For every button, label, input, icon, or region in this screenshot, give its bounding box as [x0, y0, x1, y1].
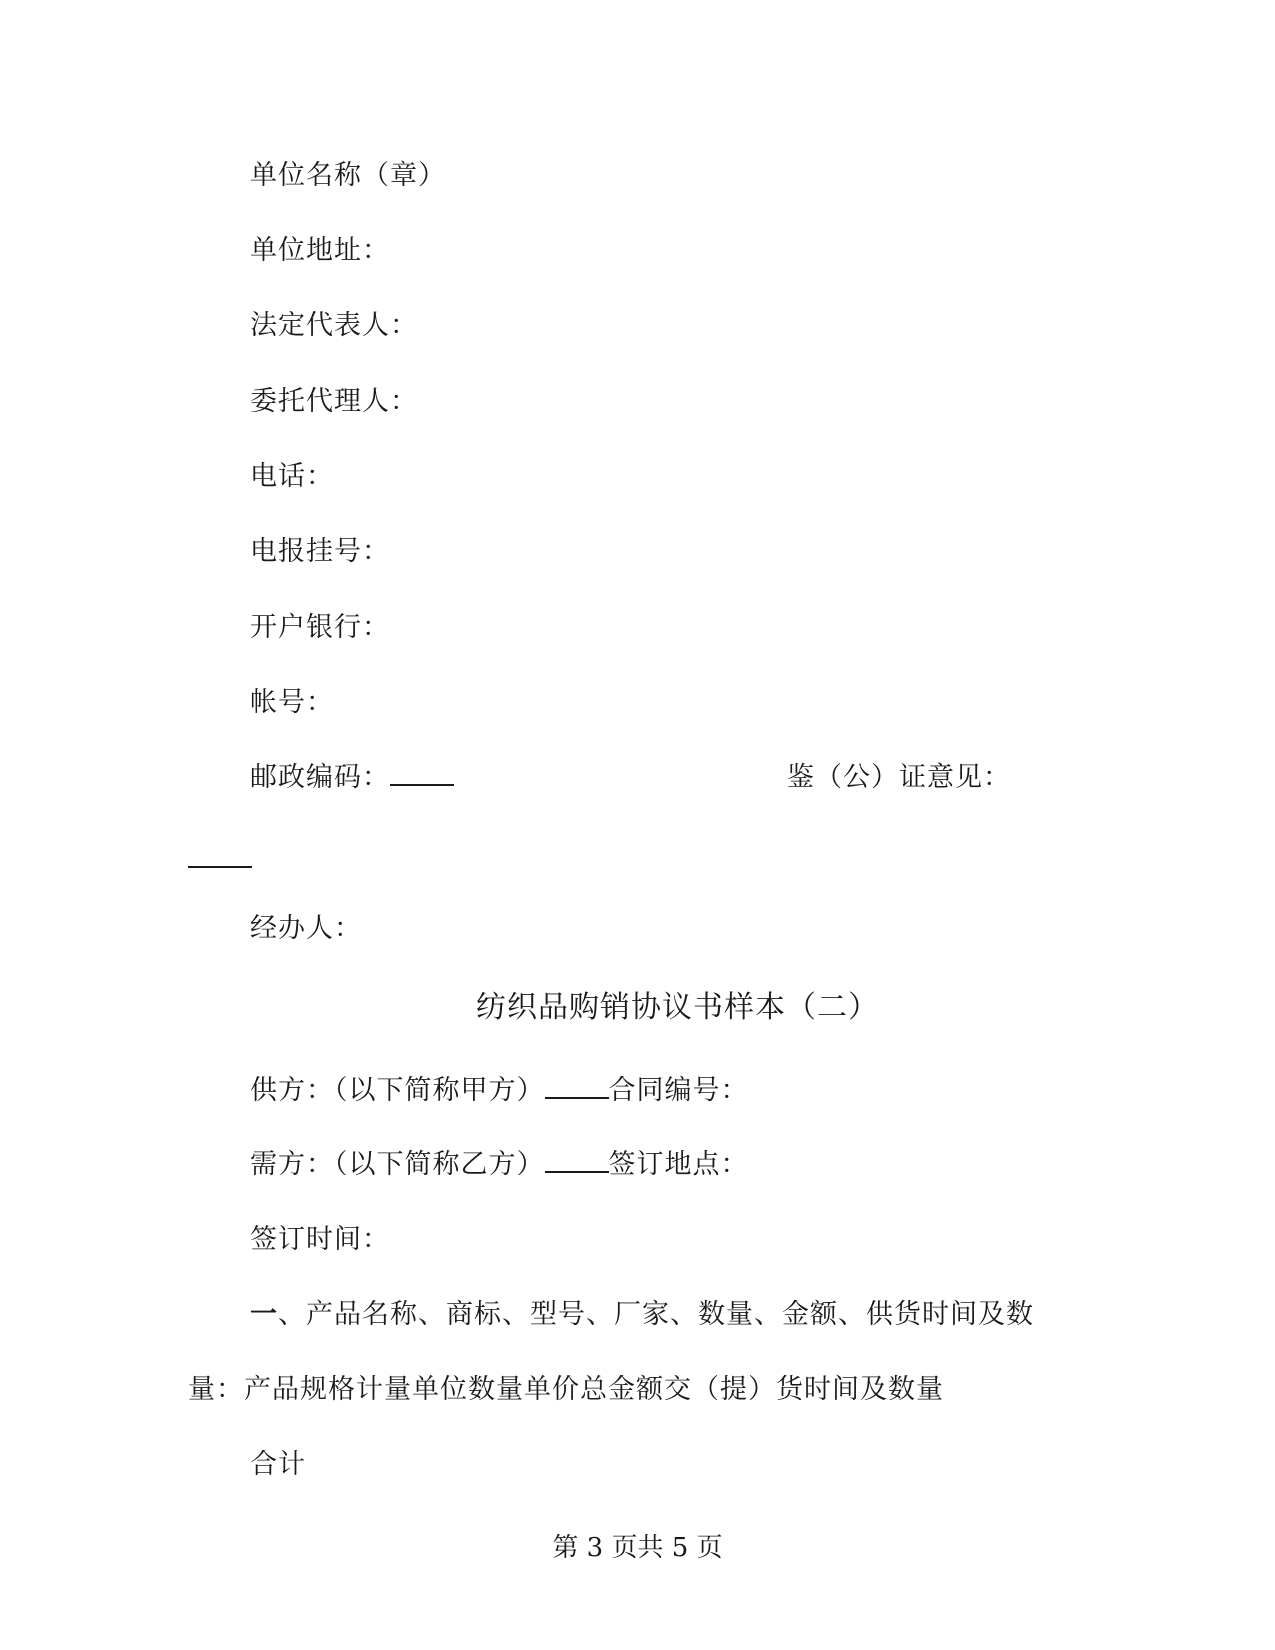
clause-1-line-1: 一、产品名称、商标、型号、厂家、数量、金额、供货时间及数: [250, 1299, 1034, 1331]
notary-opinion-label: 鉴（公）证意见：: [787, 762, 1011, 794]
signature-line: [188, 866, 252, 868]
account-label: 帐号：: [250, 687, 334, 719]
agent-label: 委托代理人：: [250, 386, 418, 418]
buyer-blank: [545, 1149, 609, 1173]
clause-1-number: 一: [250, 1299, 278, 1330]
handler-label: 经办人：: [250, 913, 362, 945]
clause-1-line-2: 量：产品规格计量单位数量单价总金额交（提）货时间及数量: [188, 1374, 944, 1406]
clause-1-text: 、产品名称、商标、型号、厂家、数量、金额、供货时间及数: [278, 1299, 1034, 1330]
postal-code-row: 邮政编码：: [250, 762, 454, 794]
supplier-row: 供方：（以下简称甲方）合同编号：: [250, 1075, 749, 1107]
legal-rep-label: 法定代表人：: [250, 310, 418, 342]
unit-name-label: 单位名称（章）: [250, 160, 446, 192]
page-number-footer: 第 3 页共 5 页: [0, 1533, 1275, 1563]
bank-label: 开户银行：: [250, 612, 390, 644]
page-title: 纺织品购销协议书样本（二）: [0, 990, 1275, 1026]
buyer-row: 需方：（以下简称乙方）签订地点：: [250, 1149, 749, 1181]
sign-place-label: 签订地点：: [609, 1149, 749, 1180]
sign-time-label: 签订时间：: [250, 1224, 390, 1256]
postal-code-blank: [390, 762, 454, 786]
unit-address-label: 单位地址：: [250, 235, 390, 267]
supplier-label: 供方：（以下简称甲方）: [250, 1075, 545, 1106]
supplier-blank: [545, 1075, 609, 1099]
contract-no-label: 合同编号：: [609, 1075, 749, 1106]
total-label: 合计: [250, 1449, 306, 1481]
postal-code-label: 邮政编码：: [250, 762, 390, 793]
buyer-label: 需方：（以下简称乙方）: [250, 1149, 545, 1180]
telegram-label: 电报挂号：: [250, 536, 390, 568]
phone-label: 电话：: [250, 461, 334, 493]
